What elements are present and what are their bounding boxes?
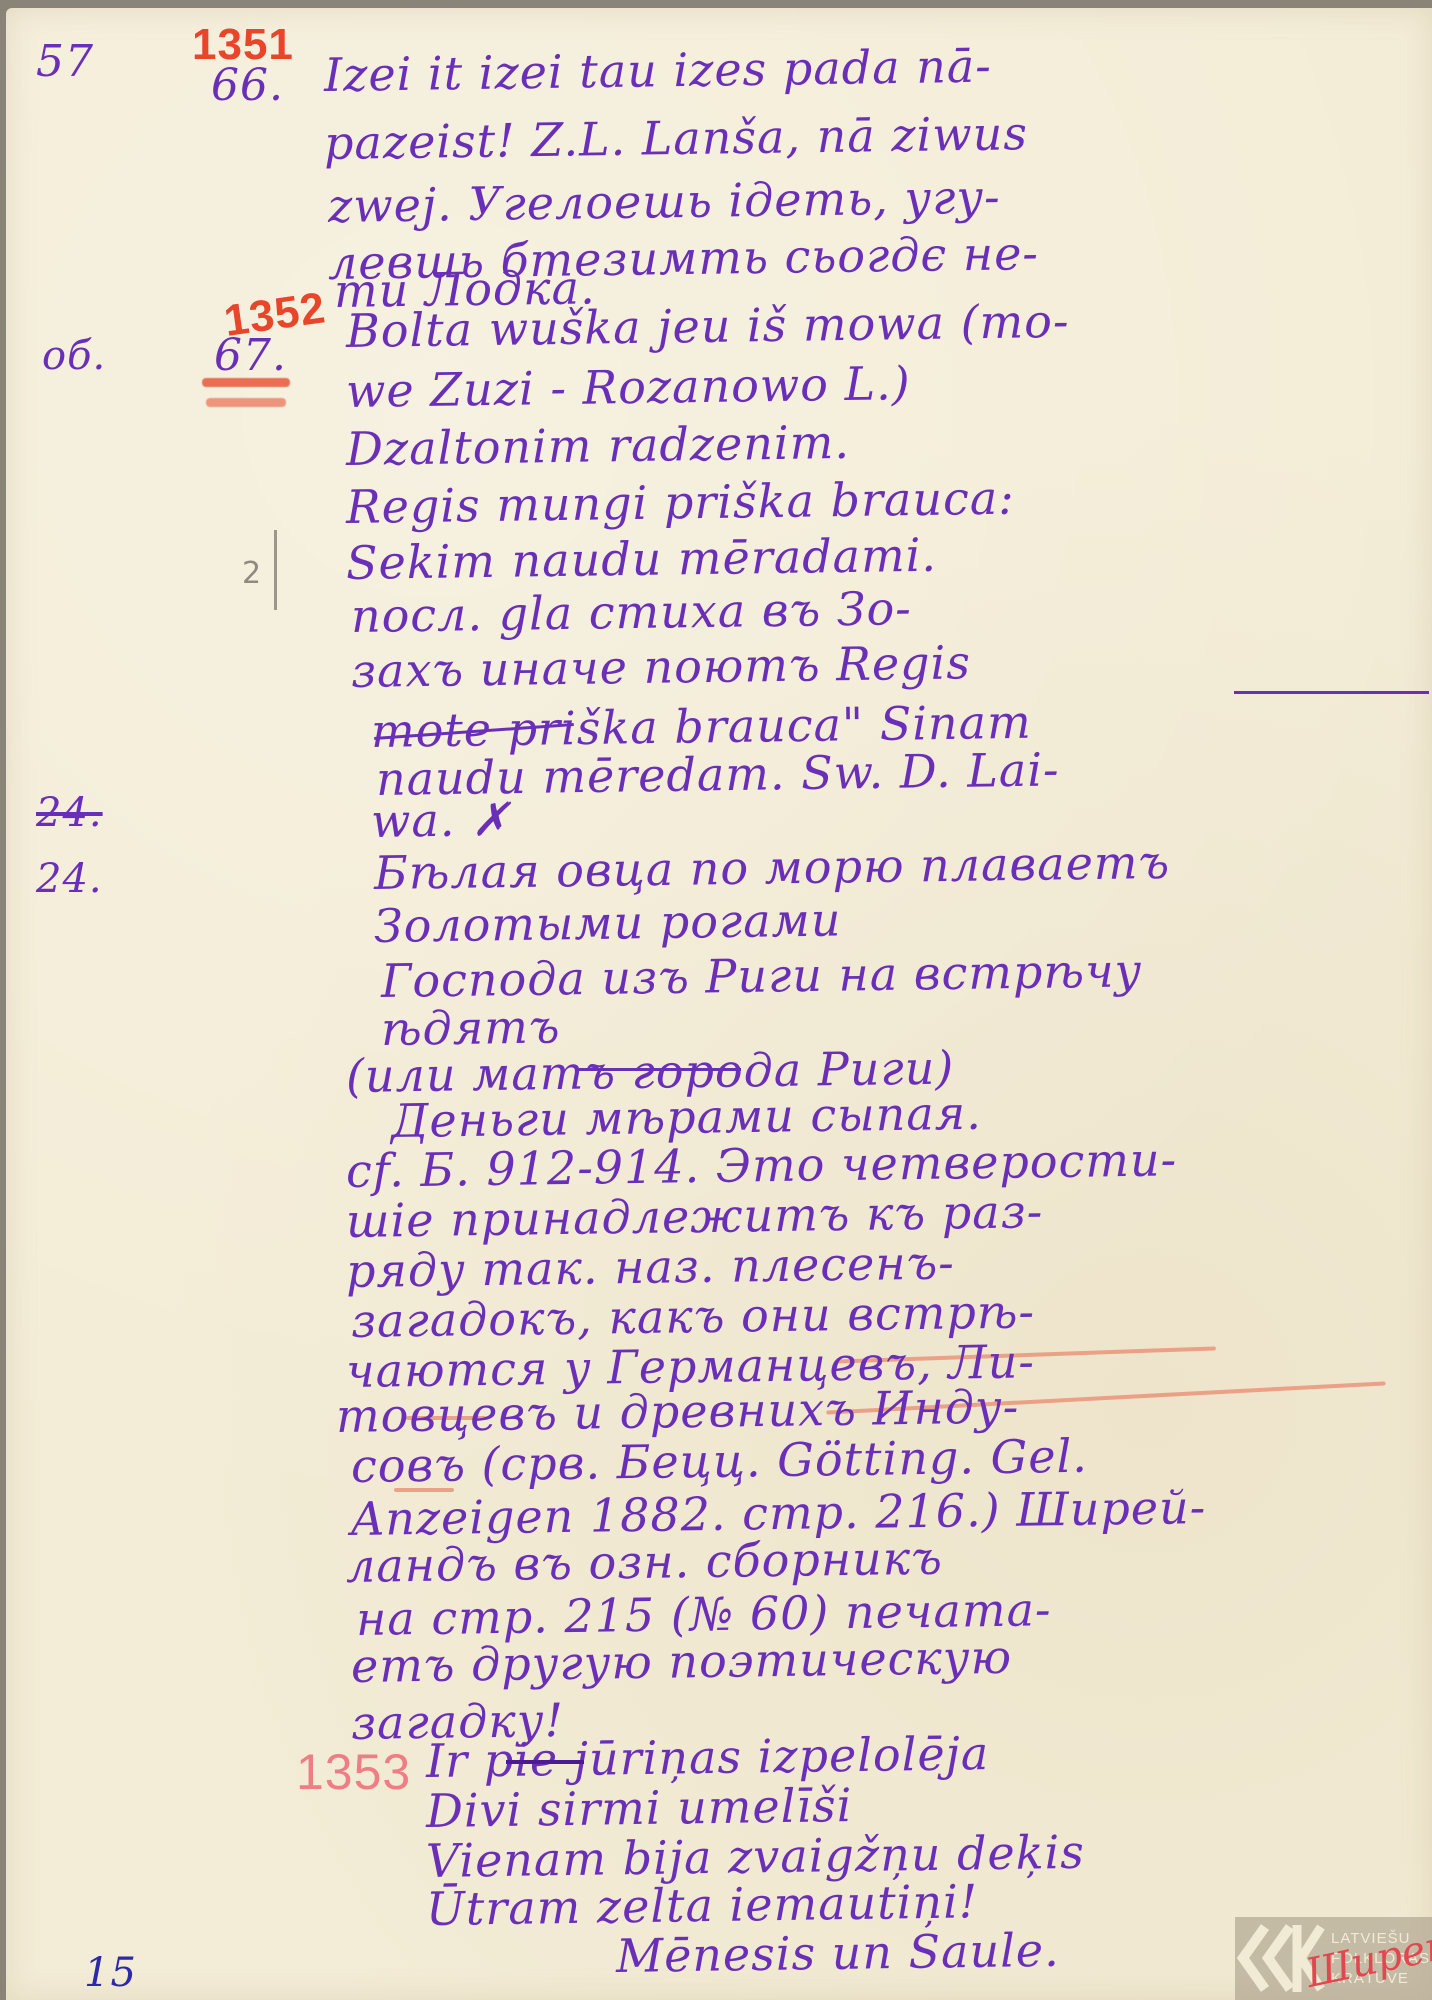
entry-1353-line-4: Ūtram zelta iemautiņi! [426,1878,979,1932]
catalog-number-1353: 1353 [296,1743,411,1801]
entry-1352-line-7: захъ иначе поютъ Regis [351,639,971,694]
entry-1353-line-2: Divi sirmi umelīši [426,1782,853,1834]
ob-label: об. [42,333,106,379]
item-number-66: 66. [211,60,284,111]
russian-line-15: ландъ въ озн. сборникъ [346,1535,943,1589]
entry-1352-line-10: wa. ✗ [371,796,511,844]
crossed-margin-number: 24. [36,790,103,836]
russian-line-4: ѣдятъ [381,1003,561,1052]
entry-1352-line-2: we Zuzi - Rozanowo L.) [346,360,911,414]
underline-mat [576,1068,741,1071]
red-pencil-mark [206,398,286,407]
underline-sinam [1234,691,1429,694]
entry-1353-line-1: Ir pie jūriņas izpelolēja [426,1730,990,1784]
russian-line-3: Господа изъ Риги на встрѣчу [381,947,1143,1004]
entry-1353-line-3: Vienam bija zvaigžņu deķis [426,1829,1085,1884]
russian-line-17: етъ другую поэтическую [351,1634,1013,1689]
russian-line-9: ряду так. наз. плесенъ- [346,1240,955,1294]
entry-1352-line-4: Regis mungi priška brauca: [346,475,1015,530]
entry-1351-line-2: pazeist! Z.L. Lanša, nā ziwus [324,110,1028,166]
pencil-mark: 2 [242,556,262,591]
russian-line-7: cf. Б. 912-914. Это четверости- [346,1136,1178,1194]
russian-line-1: Бѣлая овца по морю плаваетъ [374,839,1171,896]
strikethrough-pie [506,1760,584,1764]
manuscript-page: 57 1351 66. Izei it izei tau izes pada n… [6,8,1432,2000]
russian-line-2: Золотыми рогами [374,896,842,949]
item-number-67: 67. [214,330,287,381]
pencil-line [274,530,277,610]
entry-1352-line-6: посл. gla стиха въ Зо- [351,585,912,639]
margin-number: 24. [36,856,103,902]
entry-1351-line-3: zwej. Угелоешь ідеть, угу- [328,174,1001,229]
entry-1352-line-3: Dzaltonim radzenim. [346,419,851,472]
entry-1351-line-1: Izei it izei tau izes pada nā- [324,43,992,98]
bottom-margin-mark: 15 [84,1950,137,1996]
russian-line-13: совъ (срв. Бецц. Götting. Gel. [351,1433,1088,1489]
entry-1353-line-5: Mēnesis un Saule. [616,1927,1060,1979]
page-mark: 57 [36,36,94,87]
entry-1352-line-5: Sekim naudu mēradami. [346,532,938,586]
entry-1352-line-1: Bolta wuška jeu iš mowa (mo- [346,298,1070,354]
red-pencil-mark [202,378,290,387]
